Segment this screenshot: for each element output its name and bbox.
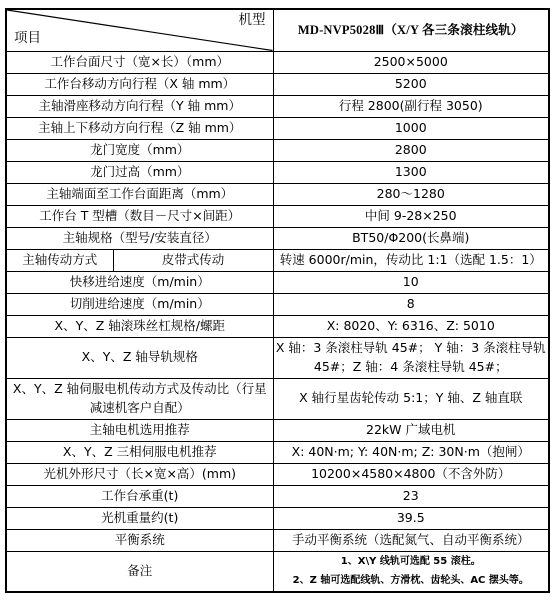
- row-value: 10200×4580×4800（不含外防）: [273, 463, 549, 485]
- row-value: 行程 2800(副行程 3050): [273, 95, 549, 117]
- remark-line-1: 1、X\Y 线轨可选配 55 滚柱。: [276, 552, 547, 571]
- header-item-label: 项目: [14, 29, 41, 49]
- row-label: 主轴端面至工作台面距离（mm）: [6, 183, 273, 205]
- spec-sheet: 机型 项目 MD-NVP5028Ⅲ（X/Y 各三条滚柱线轨） 工作台面尺寸（宽×…: [0, 0, 553, 593]
- row-value: 手动平衡系统（选配氮气、自动平衡系统）: [273, 529, 549, 551]
- spec-row: X、Y、Z 轴导轨规格 X 轴：3 条滚柱导轨 45#； Y 轴：3 条滚柱导轨…: [6, 337, 549, 378]
- row-value: 39.5: [273, 507, 549, 529]
- row-label: X、Y、Z 轴滚珠丝杠规格/螺距: [6, 315, 273, 337]
- diagonal-header-cell: 机型 项目: [6, 9, 273, 51]
- row-label: X、Y、Z 轴导轨规格: [6, 337, 273, 378]
- spec-row: 平衡系统 手动平衡系统（选配氮气、自动平衡系统）: [6, 529, 549, 551]
- row-label: 平衡系统: [6, 529, 273, 551]
- row-value: 2800: [273, 139, 549, 161]
- spec-row: 主轴上下移动方向行程（Z 轴 mm） 1000: [6, 117, 549, 139]
- spec-row: 光机外形尺寸（长×宽×高）(mm) 10200×4580×4800（不含外防）: [6, 463, 549, 485]
- remark-value: 1、X\Y 线轨可选配 55 滚柱。 2、Z 轴可选配线轨、方滑枕、齿轮头、AC…: [273, 551, 549, 592]
- row-label: X、Y、Z 轴伺服电机传动方式及传动比（行星减速机客户自配）: [6, 378, 273, 419]
- spec-row: X、Y、Z 三相伺服电机推荐 X: 40N·m; Y: 40N·m; Z: 30…: [6, 441, 549, 463]
- spec-table: 机型 项目 MD-NVP5028Ⅲ（X/Y 各三条滚柱线轨） 工作台面尺寸（宽×…: [5, 8, 550, 593]
- spec-row: 光机重量约(t) 39.5: [6, 507, 549, 529]
- row-value: 8: [273, 293, 549, 315]
- row-value: X 轴：3 条滚柱导轨 45#； Y 轴：3 条滚柱导轨 45#；Z 轴：4 条…: [273, 337, 549, 378]
- row-label: 快移进给速度（m/min）: [6, 271, 273, 293]
- remark-row: 备注 1、X\Y 线轨可选配 55 滚柱。 2、Z 轴可选配线轨、方滑枕、齿轮头…: [6, 551, 549, 592]
- row-value: BT50/Φ200(长鼻端): [273, 227, 549, 249]
- row-label: X、Y、Z 三相伺服电机推荐: [6, 441, 273, 463]
- spec-row: 工作台移动方向行程（X 轴 mm） 5200: [6, 73, 549, 95]
- row-value: 1300: [273, 161, 549, 183]
- row-value: X 轴行星齿轮传动 5:1；Y 轴、Z 轴直联: [273, 378, 549, 419]
- spec-row: 主轴端面至工作台面距离（mm） 280～1280: [6, 183, 549, 205]
- row-label: 光机重量约(t): [6, 507, 273, 529]
- row-label: 工作台承重(t): [6, 485, 273, 507]
- row-value: 22kW 广域电机: [273, 419, 549, 441]
- row-label-right: 皮带式传动: [113, 249, 273, 271]
- row-value: 10: [273, 271, 549, 293]
- row-label: 龙门宽度（mm）: [6, 139, 273, 161]
- spec-row-spindle-drive: 主轴传动方式 皮带式传动 转速 6000r/min，传动比 1:1（选配 1.5…: [6, 249, 549, 271]
- row-label: 主轴电机选用推荐: [6, 419, 273, 441]
- row-value: X: 8020、Y: 6316、Z: 5010: [273, 315, 549, 337]
- row-value: 23: [273, 485, 549, 507]
- row-label: 工作台移动方向行程（X 轴 mm）: [6, 73, 273, 95]
- spec-row: 龙门过高（mm） 1300: [6, 161, 549, 183]
- row-label: 主轴规格（型号/安装直径）: [6, 227, 273, 249]
- row-value: 1000: [273, 117, 549, 139]
- spec-row: 快移进给速度（m/min） 10: [6, 271, 549, 293]
- spec-row: X、Y、Z 轴伺服电机传动方式及传动比（行星减速机客户自配） X 轴行星齿轮传动…: [6, 378, 549, 419]
- row-value: 转速 6000r/min，传动比 1:1（选配 1.5：1）: [273, 249, 549, 271]
- spec-row: 工作台承重(t) 23: [6, 485, 549, 507]
- remark-line-2: 2、Z 轴可选配线轨、方滑枕、齿轮头、AC 摆头等。: [276, 571, 547, 590]
- spec-row: 工作台面尺寸（宽×长）（mm） 2500×5000: [6, 51, 549, 73]
- spec-row: 龙门宽度（mm） 2800: [6, 139, 549, 161]
- row-label: 龙门过高（mm）: [6, 161, 273, 183]
- row-label-left: 主轴传动方式: [6, 249, 113, 271]
- remark-label: 备注: [6, 551, 273, 592]
- spec-row: 主轴电机选用推荐 22kW 广域电机: [6, 419, 549, 441]
- row-label: 光机外形尺寸（长×宽×高）(mm): [6, 463, 273, 485]
- spec-row: 切削进给速度（m/min） 8: [6, 293, 549, 315]
- spec-row: 主轴滑座移动方向行程（Y 轴 mm） 行程 2800(副行程 3050): [6, 95, 549, 117]
- row-value: 280～1280: [273, 183, 549, 205]
- header-machine-type-label: 机型: [239, 11, 266, 31]
- spec-row: 工作台 T 型槽（数目－尺寸×间距） 中间 9-28×250: [6, 205, 549, 227]
- row-label: 切削进给速度（m/min）: [6, 293, 273, 315]
- row-label: 工作台 T 型槽（数目－尺寸×间距）: [6, 205, 273, 227]
- row-label: 主轴滑座移动方向行程（Y 轴 mm）: [6, 95, 273, 117]
- row-label: 主轴上下移动方向行程（Z 轴 mm）: [6, 117, 273, 139]
- spec-row: 主轴规格（型号/安装直径） BT50/Φ200(长鼻端): [6, 227, 549, 249]
- header-row: 机型 项目 MD-NVP5028Ⅲ（X/Y 各三条滚柱线轨）: [6, 9, 549, 51]
- row-value: 5200: [273, 73, 549, 95]
- row-label: 工作台面尺寸（宽×长）（mm）: [6, 51, 273, 73]
- row-value: X: 40N·m; Y: 40N·m; Z: 30N·m（抱闸）: [273, 441, 549, 463]
- row-value: 中间 9-28×250: [273, 205, 549, 227]
- model-name: MD-NVP5028Ⅲ（X/Y 各三条滚柱线轨）: [273, 9, 549, 51]
- row-value: 2500×5000: [273, 51, 549, 73]
- spec-row: X、Y、Z 轴滚珠丝杠规格/螺距 X: 8020、Y: 6316、Z: 5010: [6, 315, 549, 337]
- diagonal-line: [7, 10, 273, 51]
